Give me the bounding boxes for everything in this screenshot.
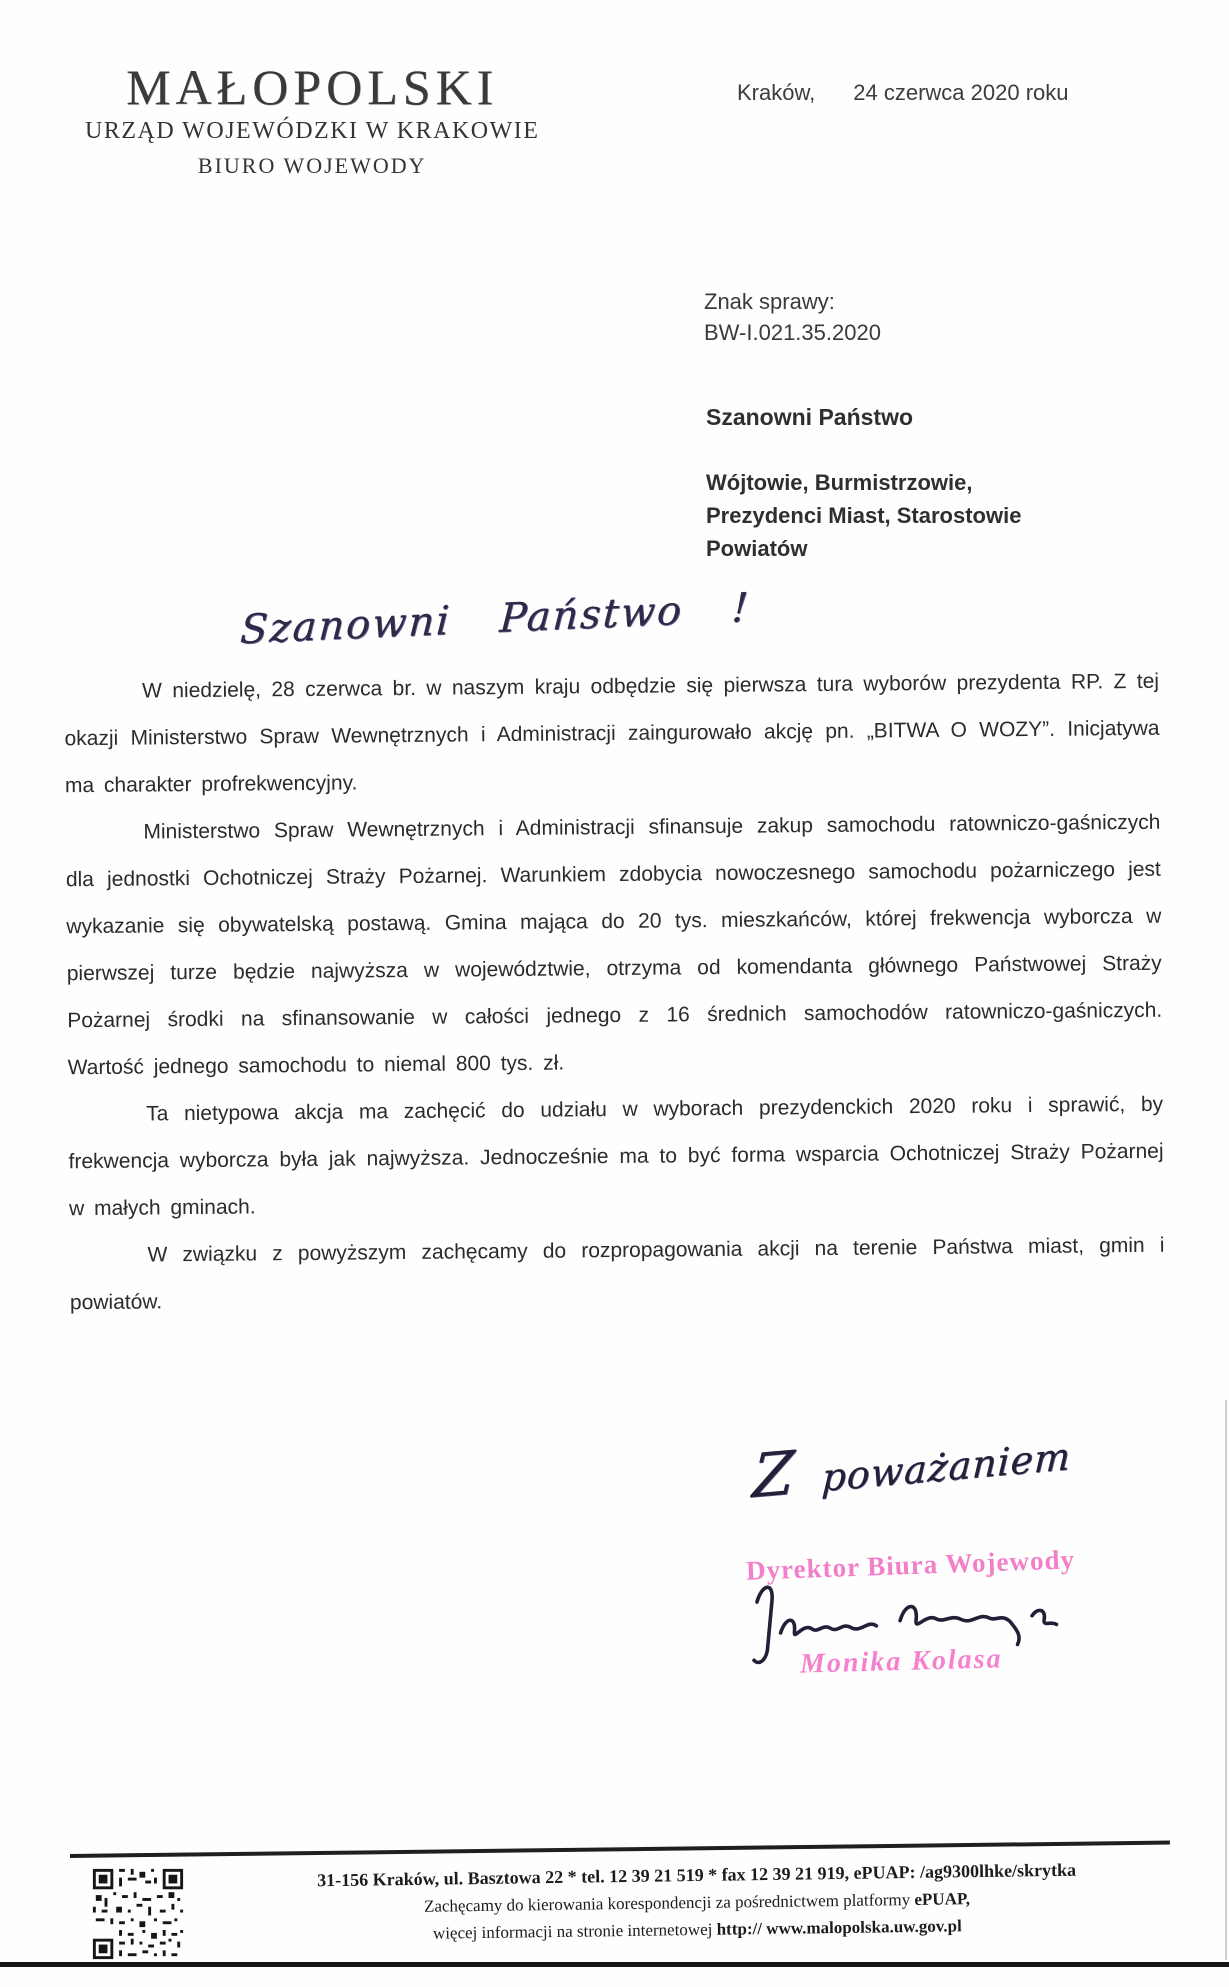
date: 24 czerwca 2020 roku xyxy=(853,80,1068,105)
stamp-name: Monika Kolasa xyxy=(800,1643,1003,1680)
salutation: Szanowni Państwo xyxy=(706,404,913,431)
org-name: MAŁOPOLSKI xyxy=(85,58,539,116)
scan-right-edge xyxy=(1225,1400,1227,1960)
qr-code-icon xyxy=(90,1866,186,1962)
letter-body: W niedzielę, 28 czerwca br. w naszym kra… xyxy=(64,658,1165,1326)
paragraph: Ministerstwo Spraw Wewnętrznych i Admini… xyxy=(65,799,1163,1091)
recipient-block: Wójtowie, Burmistrzowie, Prezydenci Mias… xyxy=(706,466,1021,565)
paragraph: Ta nietypowa akcja ma zachęcić do udział… xyxy=(68,1081,1164,1233)
recipient-line: Prezydenci Miast, Starostowie xyxy=(706,499,1021,532)
footer-contact-block: 31-156 Kraków, ul. Basztowa 22 * tel. 12… xyxy=(221,1855,1172,1949)
case-reference: Znak sprawy: BW-I.021.35.2020 xyxy=(704,286,881,348)
scanned-letter-page: MAŁOPOLSKI URZĄD WOJEWÓDZKI W KRAKOWIE B… xyxy=(0,0,1229,1987)
place-date: Kraków,24 czerwca 2020 roku xyxy=(737,80,1069,106)
case-reference-number: BW-I.021.35.2020 xyxy=(704,317,881,348)
org-unit: BIURO WOJEWODY xyxy=(85,153,539,179)
case-reference-label: Znak sprawy: xyxy=(704,286,881,317)
footer-divider xyxy=(70,1841,1170,1858)
org-subtitle: URZĄD WOJEWÓDZKI W KRAKOWIE xyxy=(85,118,539,145)
footer-epuap-label: ePUAP, xyxy=(914,1889,970,1909)
footer-website-url: http:// www.malopolska.uw.gov.pl xyxy=(717,1916,962,1938)
handwritten-greeting: Szanowni Państwo ! xyxy=(239,585,751,653)
paragraph: W związku z powyższym zachęcamy do rozpr… xyxy=(69,1222,1165,1327)
place: Kraków, xyxy=(737,80,815,105)
paragraph: W niedzielę, 28 czerwca br. w naszym kra… xyxy=(64,658,1160,810)
handwritten-closing: Z poważaniem xyxy=(751,1414,1073,1512)
recipient-line: Powiatów xyxy=(706,532,1021,565)
letterhead: MAŁOPOLSKI URZĄD WOJEWÓDZKI W KRAKOWIE B… xyxy=(85,58,539,179)
footer-correspondence-text: Zachęcamy do kierowania korespondencji z… xyxy=(424,1890,915,1916)
footer-website-text: więcej informacji na stronie internetowe… xyxy=(433,1920,717,1943)
recipient-line: Wójtowie, Burmistrzowie, xyxy=(706,466,1021,499)
scan-bottom-edge xyxy=(0,1962,1229,1967)
